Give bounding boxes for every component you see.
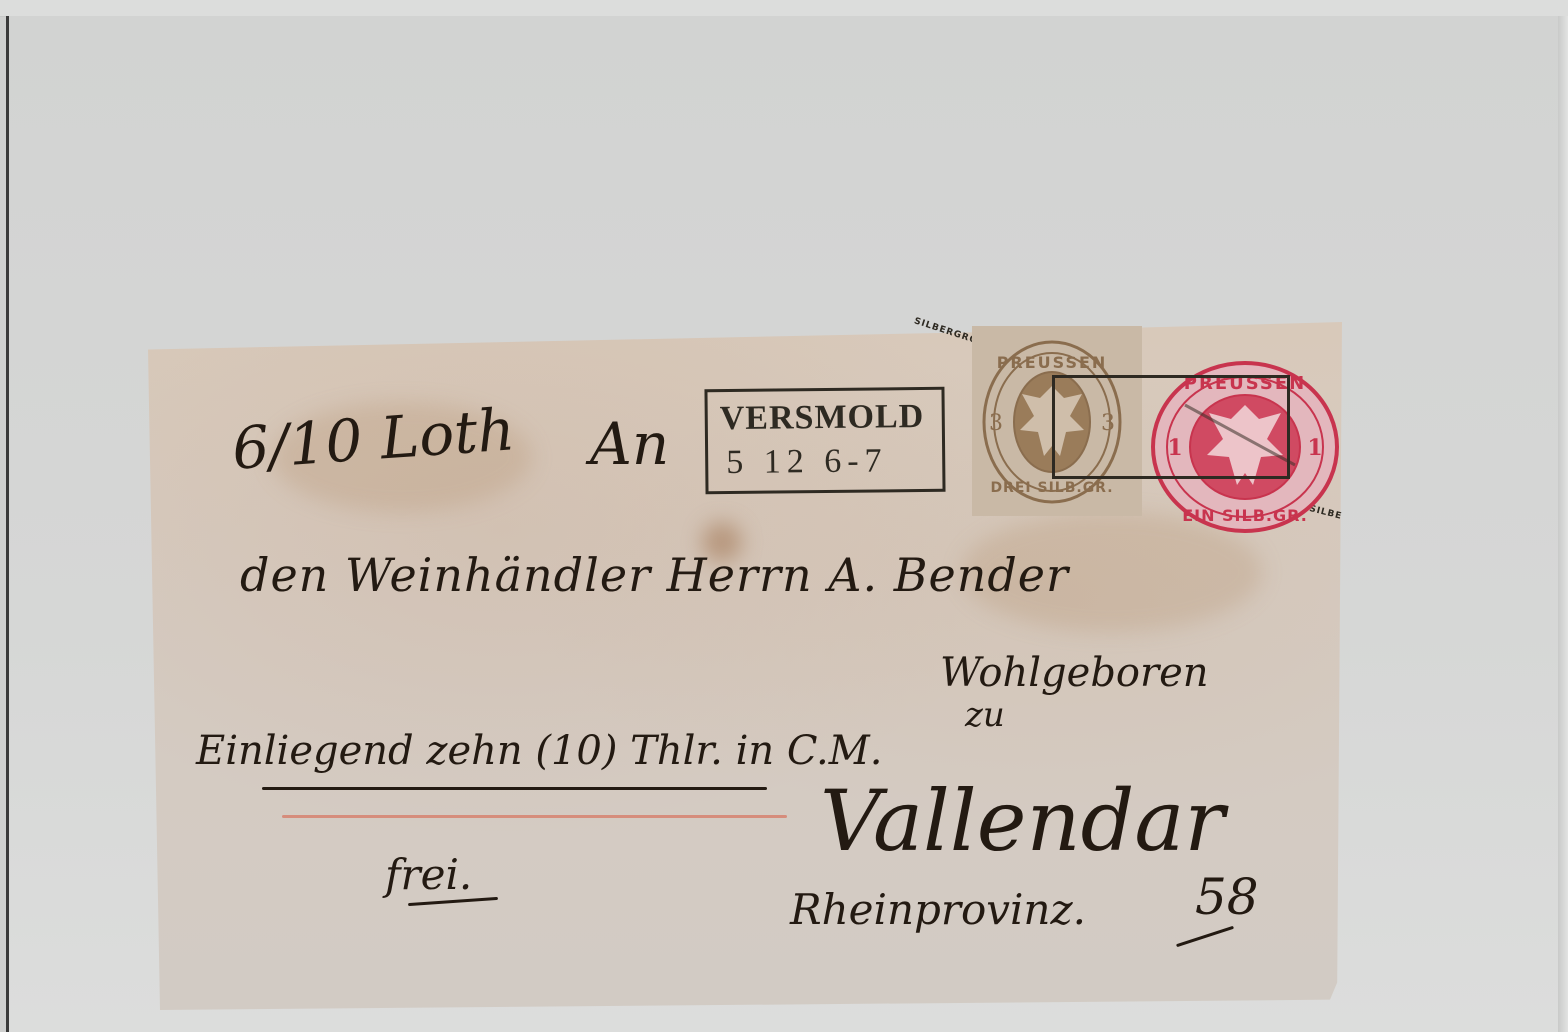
svg-text:1: 1	[1307, 435, 1322, 461]
zu-text: zu	[965, 695, 1005, 735]
enclosure-underline	[262, 787, 767, 790]
svg-text:DREI SILB.GR.: DREI SILB.GR.	[990, 480, 1113, 496]
album-border-line	[6, 16, 9, 1032]
postmark-date: 5 12 6-7	[726, 442, 888, 482]
album-right-edge	[1558, 16, 1568, 1032]
postmark-town: VERSMOLD	[720, 398, 925, 438]
city-text: Vallendar	[820, 772, 1225, 870]
svg-text:EIN SILB.GR.: EIN SILB.GR.	[1182, 506, 1308, 525]
region-text: Rheinprovinz.	[790, 885, 1086, 934]
svg-text:PREUSSEN: PREUSSEN	[997, 353, 1108, 372]
tying-cancellation	[1052, 375, 1290, 479]
red-crayon-line	[282, 815, 787, 818]
enclosure-note: Einliegend zehn (10) Thlr. in C.M.	[196, 728, 882, 774]
an-text: An	[590, 410, 669, 478]
album-top-edge	[0, 0, 1568, 17]
svg-text:3: 3	[989, 411, 1003, 436]
honorific-text: Wohlgeboren	[940, 650, 1209, 696]
addressee-line: den Weinhändler Herrn A. Bender	[240, 548, 1069, 602]
reference-number: 58	[1195, 868, 1259, 926]
postmark-box: VERSMOLD 5 12 6-7	[704, 387, 945, 495]
frei-text: frei.	[385, 850, 472, 899]
